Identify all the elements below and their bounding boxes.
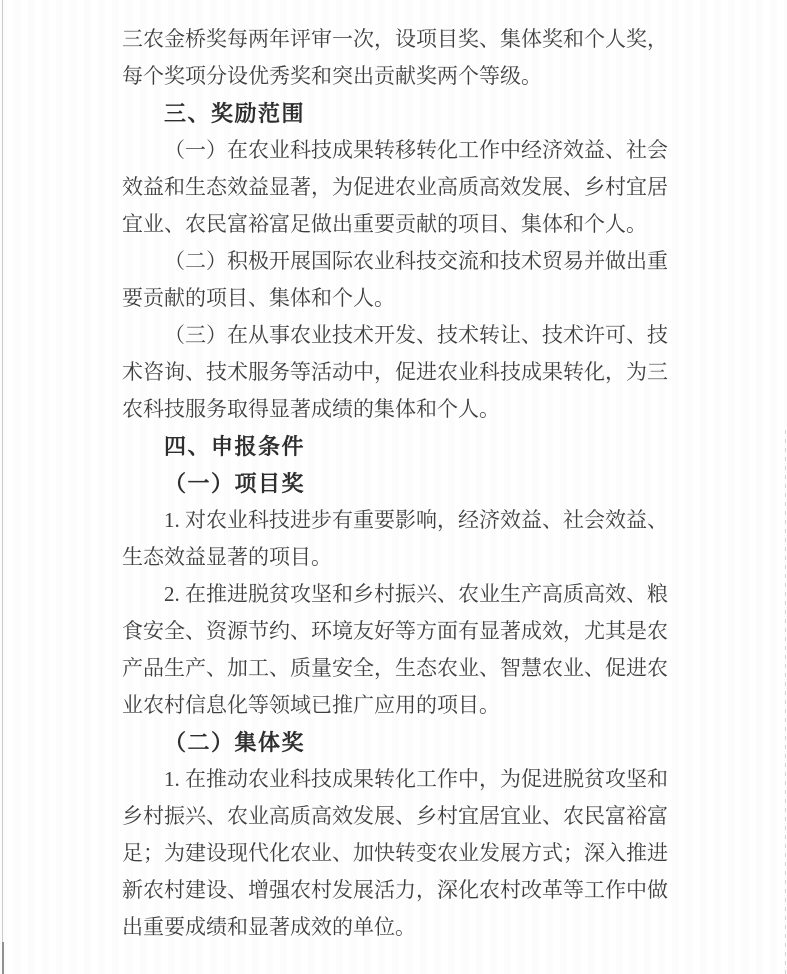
- text-line: 乡村振兴、农业高质高效发展、乡村宜居宜业、农民富裕富: [122, 798, 682, 835]
- text-line: 2. 在推进脱贫攻坚和乡村振兴、农业生产高质高效、粮: [122, 576, 682, 613]
- text-line: 产品生产、加工、质量安全，生态农业、智慧农业、促进农: [122, 650, 682, 687]
- heading-application-conditions: 四、申报条件: [122, 428, 682, 465]
- text-line: 三农金桥奖每两年评审一次，设项目奖、集体奖和个人奖，: [122, 21, 682, 58]
- text-line: 业农村信息化等领域已推广应用的项目。: [122, 687, 682, 724]
- text-line: 1. 在推动农业科技成果转化工作中，为促进脱贫攻坚和: [122, 761, 682, 798]
- scan-right-edge-dots: [785, 430, 786, 974]
- heading-reward-scope: 三、奖励范围: [122, 95, 682, 132]
- text-line: （三）在从事农业技术开发、技术转让、技术许可、技: [122, 317, 682, 354]
- scan-left-edge-line: [2, 0, 3, 974]
- page-text-block: 三农金桥奖每两年评审一次，设项目奖、集体奖和个人奖， 每个奖项分设优秀奖和突出贡…: [122, 21, 682, 946]
- text-line: 术咨询、技术服务等活动中，促进农业科技成果转化，为三: [122, 354, 682, 391]
- text-line: 新农村建设、增强农村发展活力，深化农村改革等工作中做: [122, 872, 682, 909]
- document-page: 三农金桥奖每两年评审一次，设项目奖、集体奖和个人奖， 每个奖项分设优秀奖和突出贡…: [0, 0, 787, 974]
- heading-project-award: （一）项目奖: [122, 465, 682, 502]
- text-line: 宜业、农民富裕富足做出重要贡献的项目、集体和个人。: [122, 206, 682, 243]
- text-line: 生态效益显著的项目。: [122, 539, 682, 576]
- text-line: 1. 对农业科技进步有重要影响，经济效益、社会效益、: [122, 502, 682, 539]
- text-line: （一）在农业科技成果转移转化工作中经济效益、社会: [122, 132, 682, 169]
- text-line: 出重要成绩和显著成效的单位。: [122, 909, 682, 946]
- scan-left-edge-dark-segment: [2, 942, 4, 974]
- text-line: 食安全、资源节约、环境友好等方面有显著成效，尤其是农: [122, 613, 682, 650]
- text-line: （二）积极开展国际农业科技交流和技术贸易并做出重: [122, 243, 682, 280]
- text-line: 农科技服务取得显著成绩的集体和个人。: [122, 391, 682, 428]
- text-line: 每个奖项分设优秀奖和突出贡献奖两个等级。: [122, 58, 682, 95]
- text-line: 要贡献的项目、集体和个人。: [122, 280, 682, 317]
- text-line: 效益和生态效益显著，为促进农业高质高效发展、乡村宜居: [122, 169, 682, 206]
- text-line: 足；为建设现代化农业、加快转变农业发展方式；深入推进: [122, 835, 682, 872]
- heading-collective-award: （二）集体奖: [122, 724, 682, 761]
